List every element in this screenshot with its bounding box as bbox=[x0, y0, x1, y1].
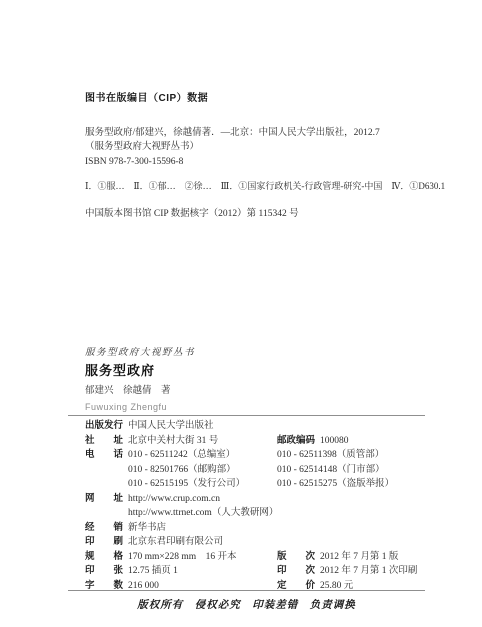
pub-label: 出版发行 bbox=[85, 419, 128, 434]
publisher-row: 出版发行 中国人民大学出版社 bbox=[85, 419, 430, 434]
cip-isbn-line: ISBN 978-7-300-15596-8 bbox=[85, 155, 435, 170]
cip-classification-line: Ⅰ．①服… Ⅱ．①郁… ②徐… Ⅲ．①国家行政机关-行政管理-研究-中国 Ⅳ．①… bbox=[85, 179, 435, 194]
pub-label bbox=[85, 463, 128, 478]
pub-value: 010 - 82501766（邮购部） bbox=[128, 463, 277, 478]
title-block: 服务型政府大视野丛书 服务型政府 郁建兴 徐越倩 著 Fuwuxing Zhen… bbox=[85, 346, 425, 413]
pub-value: 中国人民大学出版社 bbox=[128, 419, 277, 434]
cip-heading: 图书在版编目（CIP）数据 bbox=[85, 92, 435, 107]
pub-right-value: 010 - 62515275（盗版举报） bbox=[277, 477, 430, 492]
divider-bottom bbox=[68, 590, 425, 591]
pub-right-value bbox=[278, 506, 430, 521]
pub-right-label: 邮政编码 bbox=[277, 434, 320, 449]
pub-value: 新华书店 bbox=[128, 521, 277, 536]
pub-label bbox=[85, 477, 128, 492]
pub-right-value bbox=[277, 419, 430, 434]
cip-entry-line: 服务型政府/郁建兴，徐越倩著．—北京：中国人民大学出版社，2012.7 bbox=[85, 126, 435, 141]
cip-data-block: 图书在版编目（CIP）数据 服务型政府/郁建兴，徐越倩著．—北京：中国人民大学出… bbox=[85, 92, 435, 221]
pinyin-line: Fuwuxing Zhengfu bbox=[85, 401, 425, 413]
pub-value: http://www.ttrnet.com（人大教研网） bbox=[128, 506, 278, 521]
series-title: 服务型政府大视野丛书 bbox=[85, 346, 425, 360]
pub-value: http://www.crup.com.cn bbox=[128, 492, 277, 507]
pub-right-value bbox=[277, 521, 430, 536]
publisher-row: 电 话 010 - 62511242（总编室） 010 - 62511398（质… bbox=[85, 448, 430, 463]
pub-right-value: 2012 年 7 月第 1 版 bbox=[320, 550, 430, 565]
pub-right-value: 010 - 62514148（门市部） bbox=[277, 463, 430, 478]
book-copyright-page: 图书在版编目（CIP）数据 服务型政府/郁建兴，徐越倩著．—北京：中国人民大学出… bbox=[0, 0, 482, 627]
pub-right-value: 2012 年 7 月第 1 次印刷 bbox=[320, 564, 430, 579]
publisher-row: 网 址 http://www.crup.com.cn bbox=[85, 492, 430, 507]
publisher-table: 出版发行 中国人民大学出版社 社 址 北京中关村大街 31 号 邮政编码 100… bbox=[85, 419, 430, 593]
publisher-row: 010 - 62515195（发行公司） 010 - 62515275（盗版举报… bbox=[85, 477, 430, 492]
pub-right-value bbox=[277, 492, 430, 507]
book-title: 服务型政府 bbox=[85, 362, 425, 379]
publisher-row: 社 址 北京中关村大街 31 号 邮政编码 100080 bbox=[85, 434, 430, 449]
pub-right-label: 版 次 bbox=[277, 550, 320, 565]
pub-value: 010 - 62511242（总编室） bbox=[128, 448, 277, 463]
pub-value: 12.75 插页 1 bbox=[128, 564, 277, 579]
pub-label: 经 销 bbox=[85, 521, 128, 536]
publisher-row: http://www.ttrnet.com（人大教研网） bbox=[85, 506, 430, 521]
pub-value: 010 - 62515195（发行公司） bbox=[128, 477, 277, 492]
cip-series-line: （服务型政府大视野丛书） bbox=[85, 140, 435, 155]
cip-record-line: 中国版本图书馆 CIP 数据核字（2012）第 115342 号 bbox=[85, 207, 435, 222]
pub-label: 规 格 bbox=[85, 550, 128, 565]
pub-label: 电 话 bbox=[85, 448, 128, 463]
pub-value: 北京东君印刷有限公司 bbox=[128, 535, 277, 550]
copyright-notice: 版权所有 侵权必究 印装差错 负责调换 bbox=[68, 597, 425, 612]
pub-right-value: 100080 bbox=[320, 434, 430, 449]
authors-line: 郁建兴 徐越倩 著 bbox=[85, 384, 425, 398]
pub-right-value bbox=[277, 535, 430, 550]
pub-right-value: 010 - 62511398（质管部） bbox=[277, 448, 430, 463]
publisher-row: 010 - 82501766（邮购部） 010 - 62514148（门市部） bbox=[85, 463, 430, 478]
pub-label: 网 址 bbox=[85, 492, 128, 507]
publisher-row: 印 张 12.75 插页 1 印 次 2012 年 7 月第 1 次印刷 bbox=[85, 564, 430, 579]
pub-value: 170 mm×228 mm 16 开本 bbox=[128, 550, 277, 565]
divider-top bbox=[68, 415, 425, 416]
pub-right-label: 印 次 bbox=[277, 564, 320, 579]
pub-value: 北京中关村大街 31 号 bbox=[128, 434, 277, 449]
pub-label: 社 址 bbox=[85, 434, 128, 449]
publisher-row: 经 销 新华书店 bbox=[85, 521, 430, 536]
pub-label: 印 张 bbox=[85, 564, 128, 579]
pub-label bbox=[85, 506, 128, 521]
publisher-row: 规 格 170 mm×228 mm 16 开本 版 次 2012 年 7 月第 … bbox=[85, 550, 430, 565]
pub-label: 印 刷 bbox=[85, 535, 128, 550]
publisher-row: 印 刷 北京东君印刷有限公司 bbox=[85, 535, 430, 550]
